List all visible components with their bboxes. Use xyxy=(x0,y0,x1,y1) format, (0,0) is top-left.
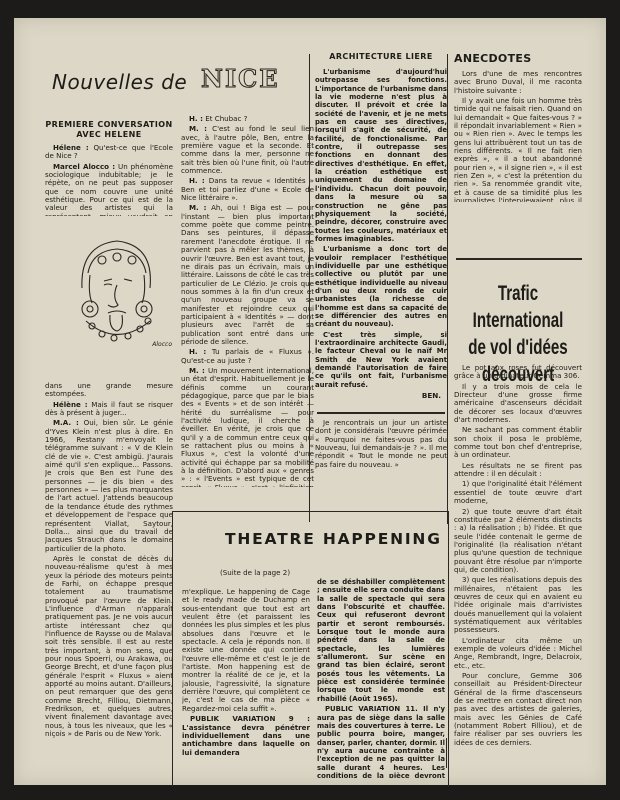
article-signature: BEN. xyxy=(315,391,441,400)
masthead-title: Nouvelles de xyxy=(52,70,187,94)
article-paragraph: Les résultats ne se firent pas attendre … xyxy=(454,462,582,479)
dialogue-text: Un mouvement international, un état d'es… xyxy=(181,366,314,487)
article-paragraph: Lors d'une de mes rencontres avec Bruno … xyxy=(454,70,582,95)
divider xyxy=(456,258,582,260)
article-paragraph: 3) que les réalisations depuis des millé… xyxy=(454,576,582,634)
theatre-col2: de se déshabiller complètement ; ensuite… xyxy=(317,578,445,778)
article-paragraph: Pour conclure, Gemme 306 conseillait au … xyxy=(454,672,582,747)
face-drawing-icon xyxy=(62,233,172,348)
theatre-col1: m'explique. Le happening de Cage et le r… xyxy=(182,588,310,778)
architecture-article: L'urbanisme d'aujourd'hui outrepasse ses… xyxy=(315,68,447,388)
dialogue-text: Après le constat de décès du nouveau-réa… xyxy=(45,554,173,738)
article-paragraph: 2) que toute œuvre d'art était constitué… xyxy=(454,508,582,575)
caricature-illustration: Alocco xyxy=(62,233,172,348)
theatre-headline: THEATRE HAPPENING xyxy=(225,530,442,548)
article-paragraph: de se déshabiller complètement ; ensuite… xyxy=(317,578,445,703)
anecdotes-heading: ANECDOTES xyxy=(454,52,531,65)
nice-logo: NICE xyxy=(201,64,280,93)
dialogue-text: Et Chubac ? xyxy=(205,115,247,123)
architecture-heading: ARCHITECTURE LIERE xyxy=(315,52,447,62)
variation-text: Il n'y aura pas de siège dans la salle m… xyxy=(317,705,445,778)
conversation-heading: PREMIERE CONVERSATION AVEC HELENE xyxy=(44,120,174,140)
conversation-heading-line2: AVEC HELENE xyxy=(44,130,174,140)
divider xyxy=(317,412,445,414)
article-paragraph: Il y a trois mois de cela le Directeur d… xyxy=(454,383,582,425)
variation-text: L'assistance devra pénétrer individuelle… xyxy=(182,723,310,757)
artist-signature: Alocco xyxy=(152,341,172,348)
variation-heading: PUBLIC VARIATION 11. xyxy=(325,705,418,713)
article-paragraph: Ne sachant pas comment établir son choix… xyxy=(454,426,582,459)
quote-text: Je rencontrais un jour un artiste dont j… xyxy=(315,419,447,469)
dialogue-text: Ah, oui ! Biga est — pour l'instant — bi… xyxy=(181,203,314,346)
article-paragraph: Le pot aux roses fut découvert grâce à u… xyxy=(454,364,582,381)
headline-line: Trafic International xyxy=(460,280,575,334)
quote-paragraph: Je rencontrais un jour un artiste dont j… xyxy=(315,419,447,469)
article-paragraph: 1) que l'originalité était l'élément ess… xyxy=(454,480,582,505)
conversation-col1-bottom: dans une grande mesure estompées. Hélène… xyxy=(45,382,173,777)
anecdotes-article: Lors d'une de mes rencontres avec Bruno … xyxy=(454,70,582,202)
conversation-col1-top: Hélene : Qu'est-ce que l'Ecole de Nice ?… xyxy=(45,144,173,216)
conversation-col2: H. : Et Chubac ? M. : C'est au fond le s… xyxy=(181,115,314,487)
headline-line: de vol d'idées xyxy=(460,334,575,361)
newspaper-page: Nouvelles de NICE PREMIERE CONVERSATION … xyxy=(14,18,606,785)
article-paragraph: m'explique. Le happening de Cage et le r… xyxy=(182,588,310,713)
dialogue-text: C'est au fond le seul lien avec, à l'aut… xyxy=(181,124,314,175)
dialogue-text: Oui, bien sûr. Le génie d'Yves Klein n'e… xyxy=(45,418,173,552)
dialogue-text: Un phénomène sociologique indubitable; j… xyxy=(45,162,173,216)
continued-note: (Suite de la page 2) xyxy=(220,568,290,577)
article-paragraph: Il y avait une fois un homme très timide… xyxy=(454,97,582,202)
article-paragraph: L'ordinateur cita même un exemple de vol… xyxy=(454,637,582,670)
speaker: H. : xyxy=(189,115,203,123)
column-rule xyxy=(309,54,310,522)
conversation-heading-line1: PREMIERE CONVERSATION xyxy=(44,120,174,130)
dialogue-text: dans une grande mesure estompées. xyxy=(45,382,173,398)
article-paragraph: L'urbanisme d'aujourd'hui outrepasse ses… xyxy=(315,68,447,243)
trafic-article: Le pot aux roses fut découvert grâce à u… xyxy=(454,364,582,777)
article-paragraph: L'urbanisme a donc tort de vouloir rempl… xyxy=(315,245,447,328)
article-paragraph: C'est très simple, si l'extraordinaire a… xyxy=(315,331,447,388)
